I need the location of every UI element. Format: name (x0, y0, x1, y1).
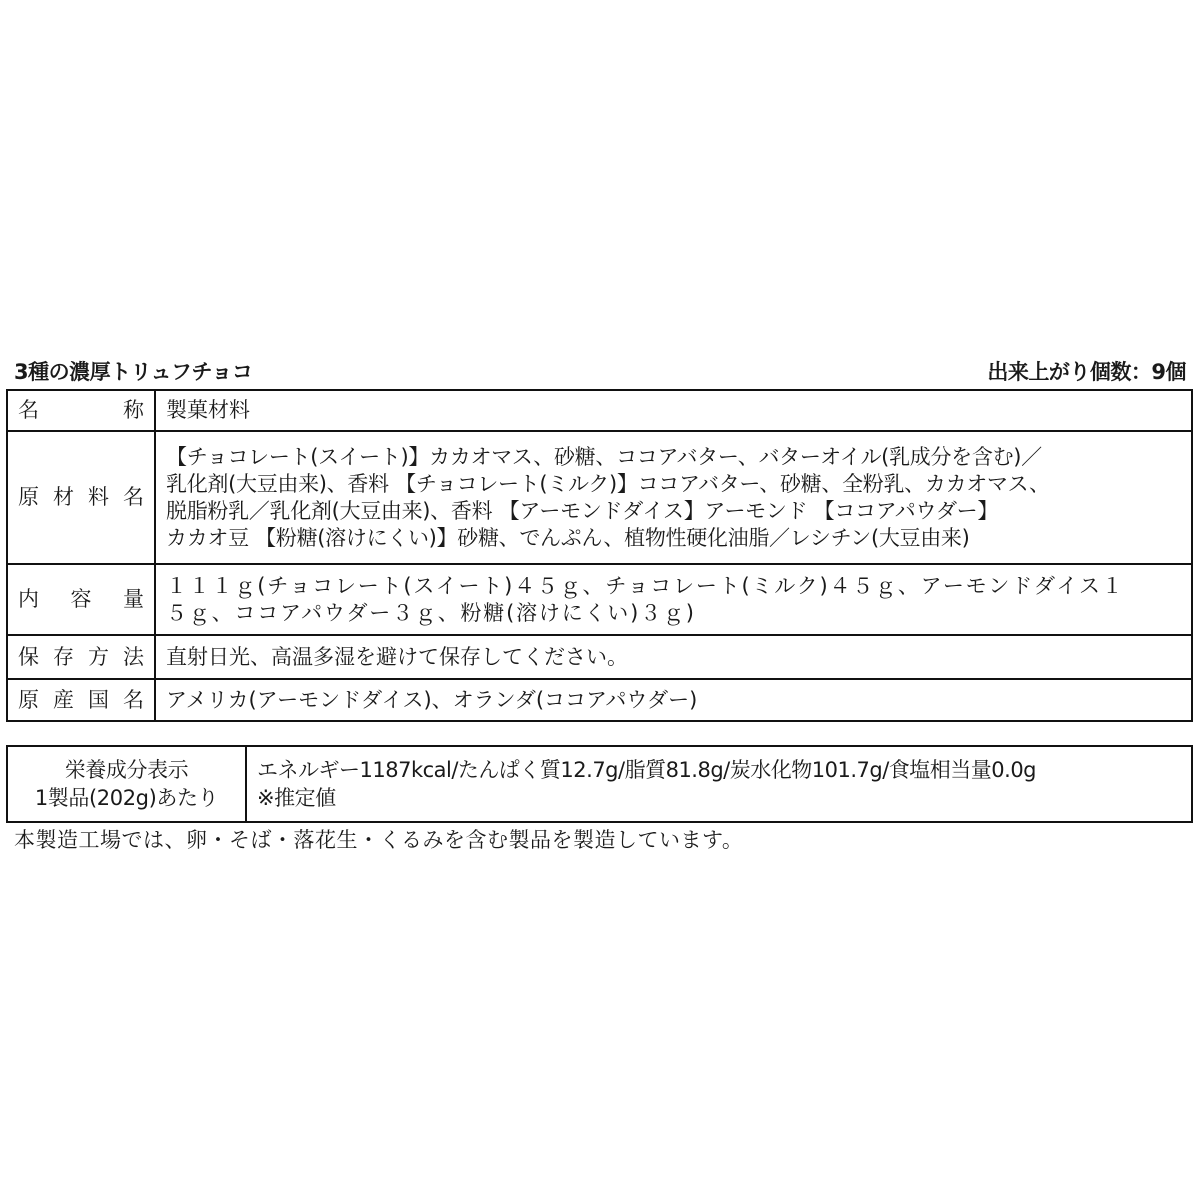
spec-label-storage: 保 存 方 法 (7, 635, 155, 679)
spec-row-name: 名 称 製菓材料 (7, 390, 1192, 431)
nutrition-label: 栄養成分表示 1製品(202g)あたり (7, 746, 246, 822)
allergen-footnote: 本製造工場では、卵・そば・落花生・くるみを含む製品を製造しています。 (14, 826, 743, 854)
product-spec-table: 名 称 製菓材料 原 材 料 名 【チョコレート(スイート)】カカオマス、砂糖、… (6, 389, 1193, 722)
spec-label-content-amount: 内 容 量 (7, 564, 155, 635)
spec-row-storage: 保 存 方 法 直射日光、高温多湿を避けて保存してください。 (7, 635, 1192, 679)
spec-label-ingredients: 原 材 料 名 (7, 431, 155, 564)
spec-value-origin: アメリカ(アーモンドダイス)、オランダ(ココアパウダー) (155, 679, 1192, 721)
spec-value-storage: 直射日光、高温多湿を避けて保存してください。 (155, 635, 1192, 679)
nutrition-row: 栄養成分表示 1製品(202g)あたり エネルギー1187kcal/たんぱく質1… (7, 746, 1192, 822)
label-header: 3種の濃厚トリュフチョコ 出来上がり個数：9個 (14, 356, 1186, 386)
spec-label-origin: 原 産 国 名 (7, 679, 155, 721)
yield-count: 出来上がり個数：9個 (987, 356, 1186, 386)
spec-value-content-amount: １１１ｇ(チョコレート(スイート)４５ｇ、チョコレート(ミルク)４５ｇ、アーモン… (155, 564, 1192, 635)
spec-label-name: 名 称 (7, 390, 155, 431)
nutrition-values: エネルギー1187kcal/たんぱく質12.7g/脂質81.8g/炭水化物101… (246, 746, 1192, 822)
spec-value-name: 製菓材料 (155, 390, 1192, 431)
spec-row-ingredients: 原 材 料 名 【チョコレート(スイート)】カカオマス、砂糖、ココアバター、バタ… (7, 431, 1192, 564)
spec-row-origin: 原 産 国 名 アメリカ(アーモンドダイス)、オランダ(ココアパウダー) (7, 679, 1192, 721)
spec-row-content-amount: 内 容 量 １１１ｇ(チョコレート(スイート)４５ｇ、チョコレート(ミルク)４５… (7, 564, 1192, 635)
nutrition-table: 栄養成分表示 1製品(202g)あたり エネルギー1187kcal/たんぱく質1… (6, 745, 1193, 823)
spec-value-ingredients: 【チョコレート(スイート)】カカオマス、砂糖、ココアバター、バターオイル(乳成分… (155, 431, 1192, 564)
product-title: 3種の濃厚トリュフチョコ (14, 356, 252, 386)
